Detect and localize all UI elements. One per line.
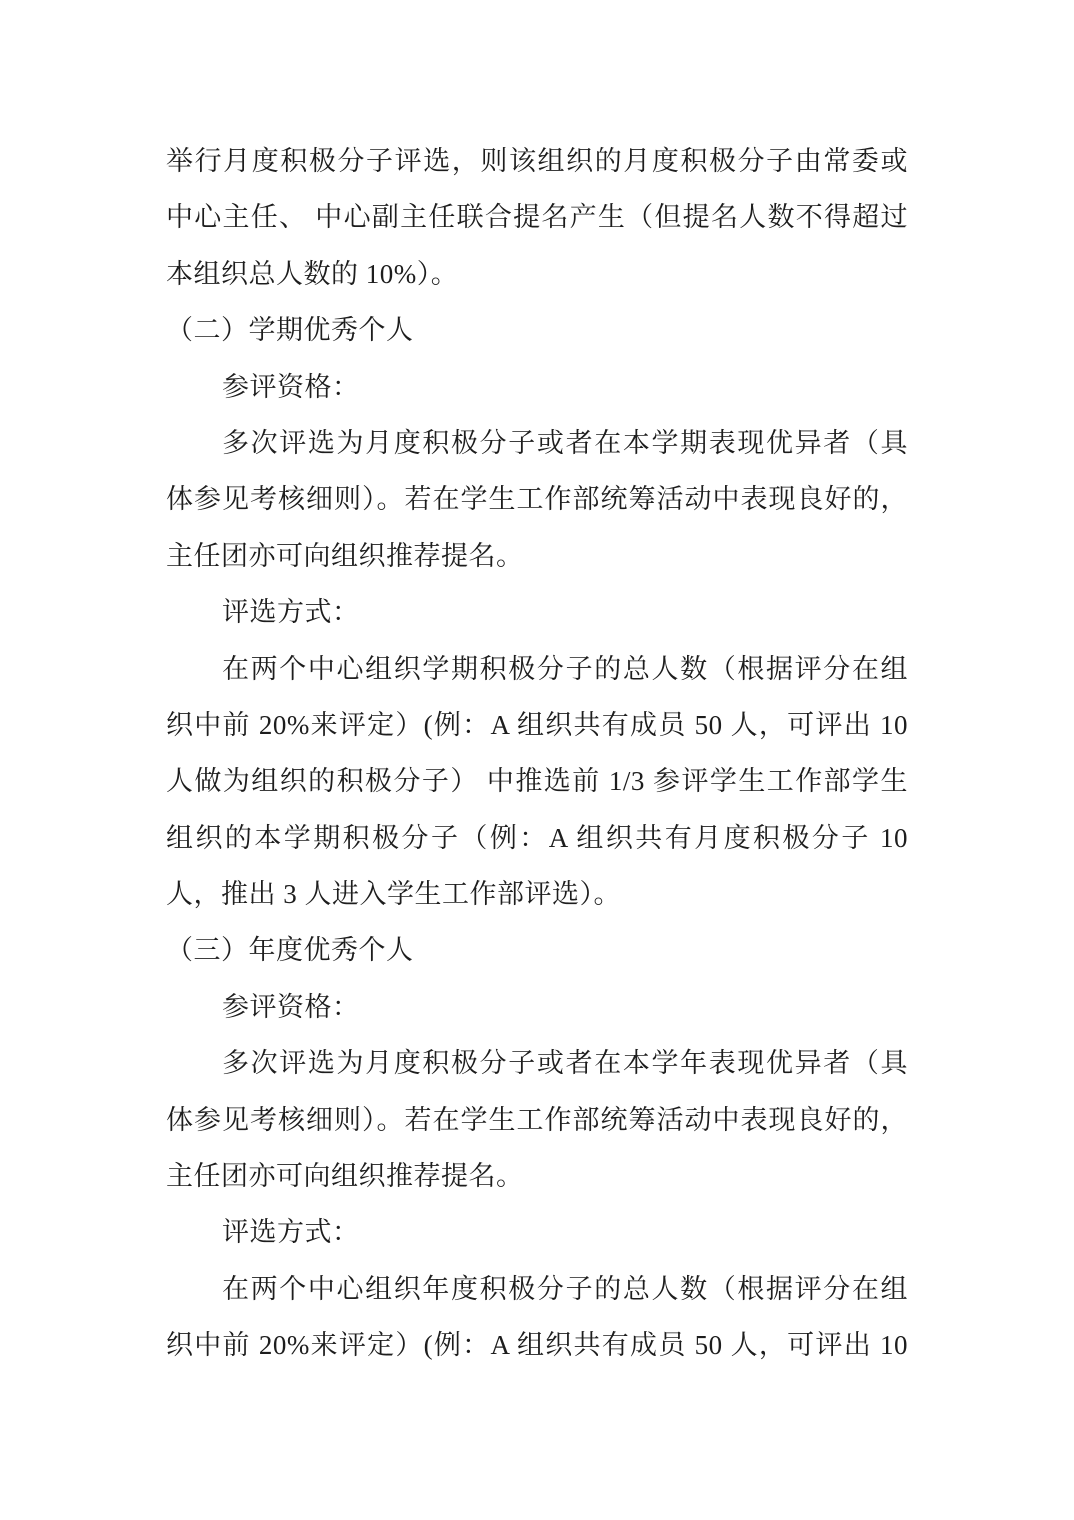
text-line: 在两个中心组织学期积极分子的总人数（根据评分在组 — [166, 641, 908, 697]
text-line: 评选方式： — [166, 1204, 908, 1260]
text-line: 参评资格： — [166, 979, 908, 1035]
text-line: 本组织总人数的 10%）。 — [166, 246, 908, 302]
text-line: 主任团亦可向组织推荐提名。 — [166, 528, 908, 584]
text-line: 织中前 20%来评定）(例：A 组织共有成员 50 人，可评出 10 — [166, 1317, 908, 1373]
text-line: 体参见考核细则）。若在学生工作部统筹活动中表现良好的， — [166, 1092, 908, 1148]
text-line: 参评资格： — [166, 359, 908, 415]
text-line: 织中前 20%来评定）(例：A 组织共有成员 50 人，可评出 10 — [166, 697, 908, 753]
text-line: 人，推出 3 人进入学生工作部评选）。 — [166, 866, 908, 922]
text-line: 多次评选为月度积极分子或者在本学年表现优异者（具 — [166, 1035, 908, 1091]
text-line: 体参见考核细则）。若在学生工作部统筹活动中表现良好的， — [166, 471, 908, 527]
text-block: 举行月度积极分子评选，则该组织的月度积极分子由常委或中心主任、 中心副主任联合提… — [166, 133, 908, 1374]
text-line: 评选方式： — [166, 584, 908, 640]
text-line: 人做为组织的积极分子） 中推选前 1/3 参评学生工作部学生 — [166, 753, 908, 809]
text-line: 主任团亦可向组织推荐提名。 — [166, 1148, 908, 1204]
document-page: 举行月度积极分子评选，则该组织的月度积极分子由常委或中心主任、 中心副主任联合提… — [0, 0, 1074, 1520]
text-line: 多次评选为月度积极分子或者在本学期表现优异者（具 — [166, 415, 908, 471]
text-line: 组织的本学期积极分子（例：A 组织共有月度积极分子 10 — [166, 810, 908, 866]
text-line: （三）年度优秀个人 — [166, 922, 908, 978]
text-line: 举行月度积极分子评选，则该组织的月度积极分子由常委或 — [166, 133, 908, 189]
text-line: （二）学期优秀个人 — [166, 302, 908, 358]
text-line: 在两个中心组织年度积极分子的总人数（根据评分在组 — [166, 1261, 908, 1317]
text-line: 中心主任、 中心副主任联合提名产生（但提名人数不得超过 — [166, 189, 908, 245]
